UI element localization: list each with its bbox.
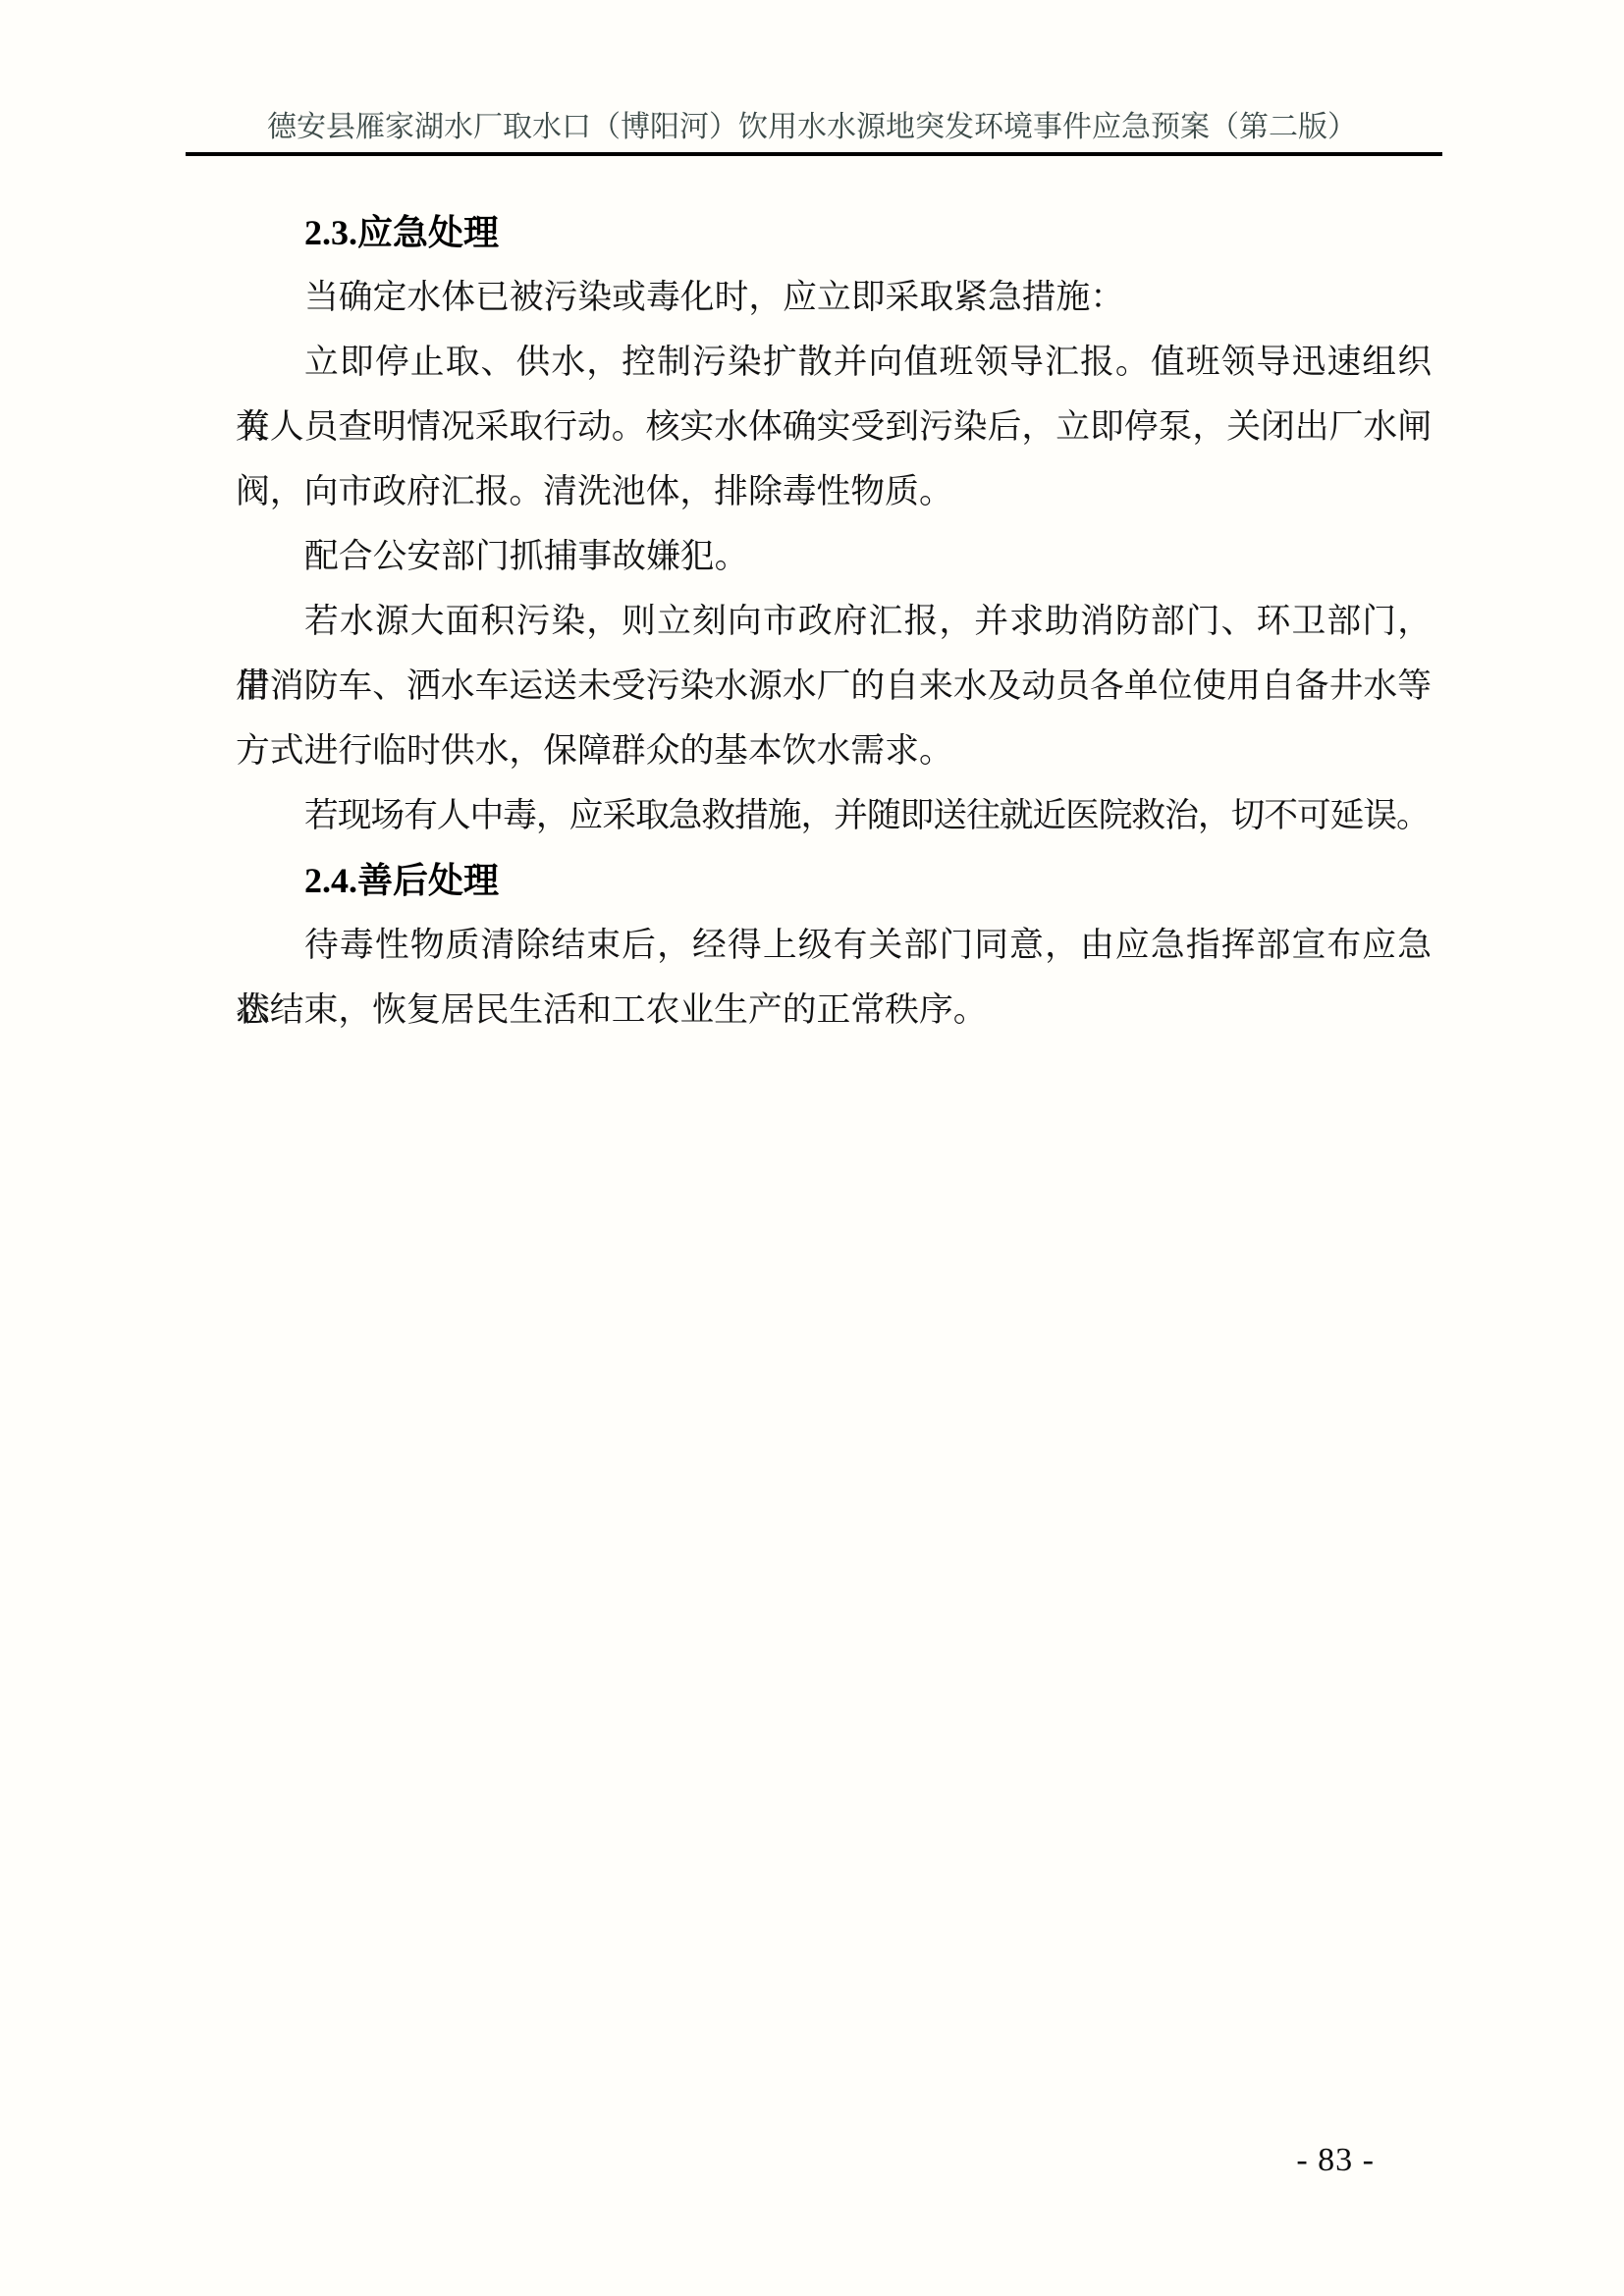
body-line: 关人员查明情况采取行动。核实水体确实受到污染后，立即停泵，关闭出厂水闸 [236,395,1432,459]
body-line: 立即停止取、供水，控制污染扩散并向值班领导汇报。值班领导迅速组织有 [236,330,1432,395]
section-heading: 2.4.善后处理 [236,848,1432,913]
header-rule [186,152,1442,156]
body-line: 态结束，恢复居民生活和工农业生产的正常秩序。 [236,978,1432,1042]
section-heading: 2.3.应急处理 [236,200,1432,265]
body-line: 阀，向市政府汇报。清洗池体，排除毒性物质。 [236,459,1432,524]
body-line: 若水源大面积污染，则立刻向市政府汇报，并求助消防部门、环卫部门，借 [236,589,1432,654]
page-number: - 83 - [1296,2142,1375,2179]
running-header-title: 德安县雁家湖水厂取水口（博阳河）饮用水水源地突发环境事件应急预案（第二版） [0,106,1624,149]
body-line: 若现场有人中毒，应采取急救措施，并随即送往就近医院救治，切不可延误。 [236,783,1432,848]
body-line: 待毒性物质清除结束后，经得上级有关部门同意，由应急指挥部宣布应急状 [236,913,1432,978]
body-line: 当确定水体已被污染或毒化时，应立即采取紧急措施： [236,265,1432,330]
body-line: 方式进行临时供水，保障群众的基本饮水需求。 [236,719,1432,783]
body-line: 用消防车、洒水车运送未受污染水源水厂的自来水及动员各单位使用自备井水等 [236,654,1432,719]
document-page: 德安县雁家湖水厂取水口（博阳河）饮用水水源地突发环境事件应急预案（第二版） 2.… [0,0,1624,2296]
document-body: 2.3.应急处理当确定水体已被污染或毒化时，应立即采取紧急措施：立即停止取、供水… [236,200,1432,1042]
body-line: 配合公安部门抓捕事故嫌犯。 [236,524,1432,589]
